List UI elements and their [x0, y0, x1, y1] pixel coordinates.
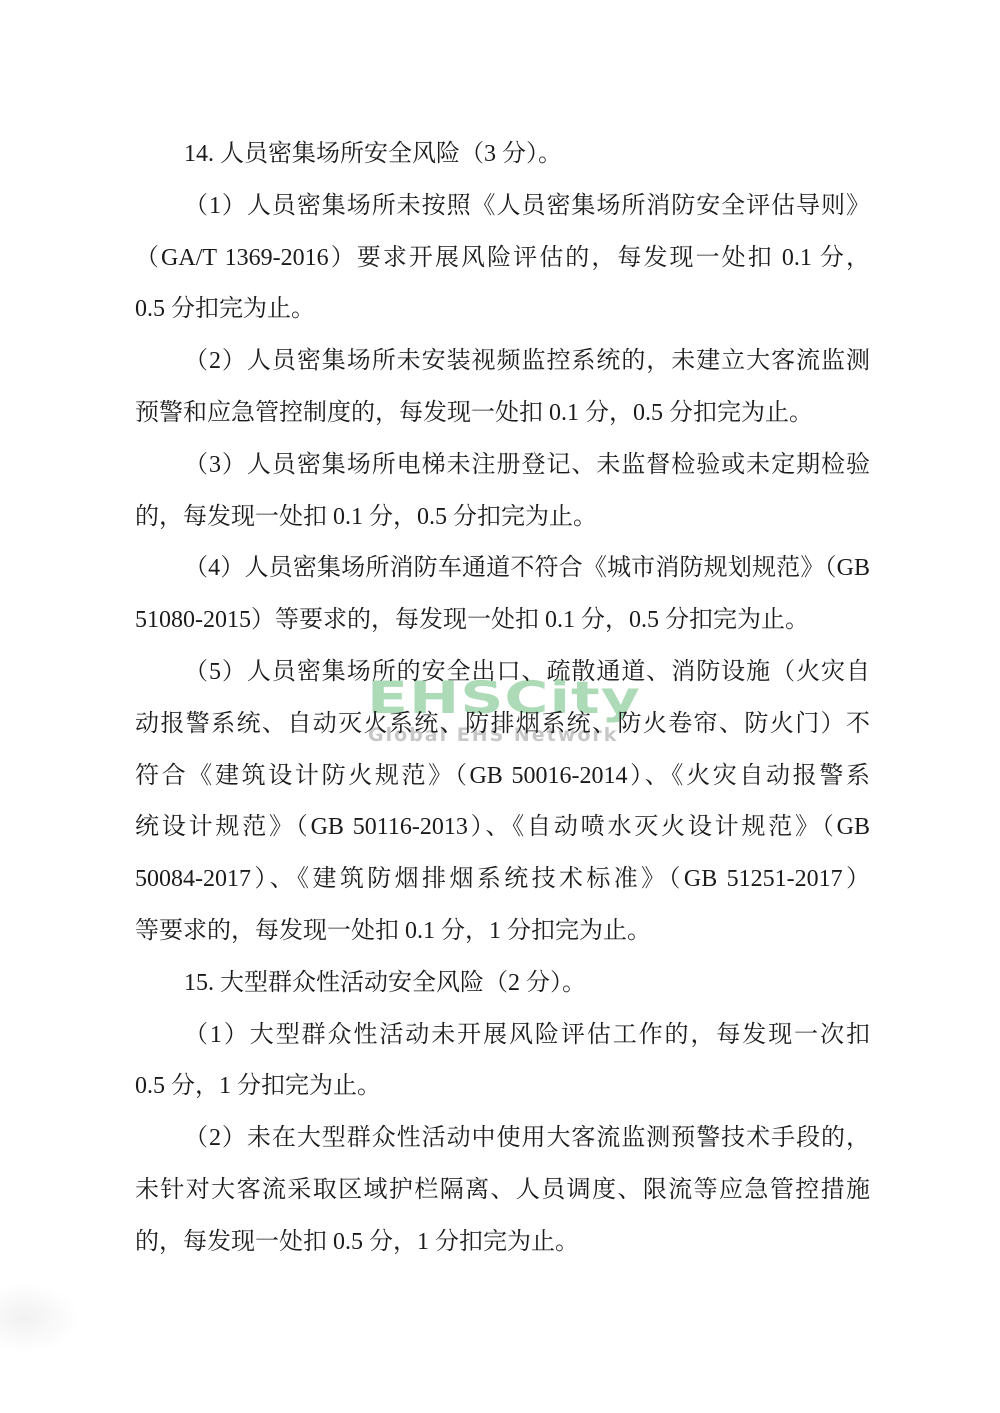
text-line: 的，每发现一处扣 0.1 分，0.5 分扣完为止。	[135, 492, 870, 544]
text-line: 预警和应急管控制度的，每发现一处扣 0.1 分，0.5 分扣完为止。	[135, 388, 870, 440]
text-line: （1）人员密集场所未按照《人员密集场所消防安全评估导则》	[135, 181, 870, 233]
text-line: （4）人员密集场所消防车通道不符合《城市消防规划规范》（GB	[135, 543, 870, 595]
text-line: 0.5 分扣完为止。	[135, 284, 870, 336]
text-line: 统设计规范》（GB 50116-2013）、《自动喷水灭火设计规范》（GB	[135, 802, 870, 854]
text-line: 0.5 分，1 分扣完为止。	[135, 1061, 870, 1113]
text-line: 50084-2017）、《建筑防烟排烟系统技术标准》（GB 51251-2017…	[135, 854, 870, 906]
text-line: 未针对大客流采取区域护栏隔离、人员调度、限流等应急管控措施	[135, 1165, 870, 1217]
scan-smudge	[0, 1283, 80, 1353]
text-line: 等要求的，每发现一处扣 0.1 分，1 分扣完为止。	[135, 906, 870, 958]
text-line: （5）人员密集场所的安全出口、疏散通道、消防设施（火灾自	[135, 647, 870, 699]
text-line: 动报警系统、自动灭火系统、防排烟系统、防火卷帘、防火门）不	[135, 699, 870, 751]
text-line: （3）人员密集场所电梯未注册登记、未监督检验或未定期检验	[135, 440, 870, 492]
text-line: 51080-2015）等要求的，每发现一处扣 0.1 分，0.5 分扣完为止。	[135, 595, 870, 647]
text-line: （GA/T 1369-2016）要求开展风险评估的，每发现一处扣 0.1 分，	[135, 233, 870, 285]
text-line: （1）大型群众性活动未开展风险评估工作的，每发现一次扣	[135, 1010, 870, 1062]
document-content: 14. 人员密集场所安全风险（3 分）。（1）人员密集场所未按照《人员密集场所消…	[135, 129, 870, 1269]
text-line: 符合《建筑设计防火规范》（GB 50016-2014）、《火灾自动报警系	[135, 751, 870, 803]
text-line: （2）人员密集场所未安装视频监控系统的，未建立大客流监测	[135, 336, 870, 388]
text-line: 的，每发现一处扣 0.5 分，1 分扣完为止。	[135, 1217, 870, 1269]
text-line: （2）未在大型群众性活动中使用大客流监测预警技术手段的，	[135, 1113, 870, 1165]
text-line: 14. 人员密集场所安全风险（3 分）。	[135, 129, 870, 181]
document-page: EHSCity Global EHS Network 14. 人员密集场所安全风…	[0, 0, 1000, 1413]
text-line: 15. 大型群众性活动安全风险（2 分）。	[135, 958, 870, 1010]
